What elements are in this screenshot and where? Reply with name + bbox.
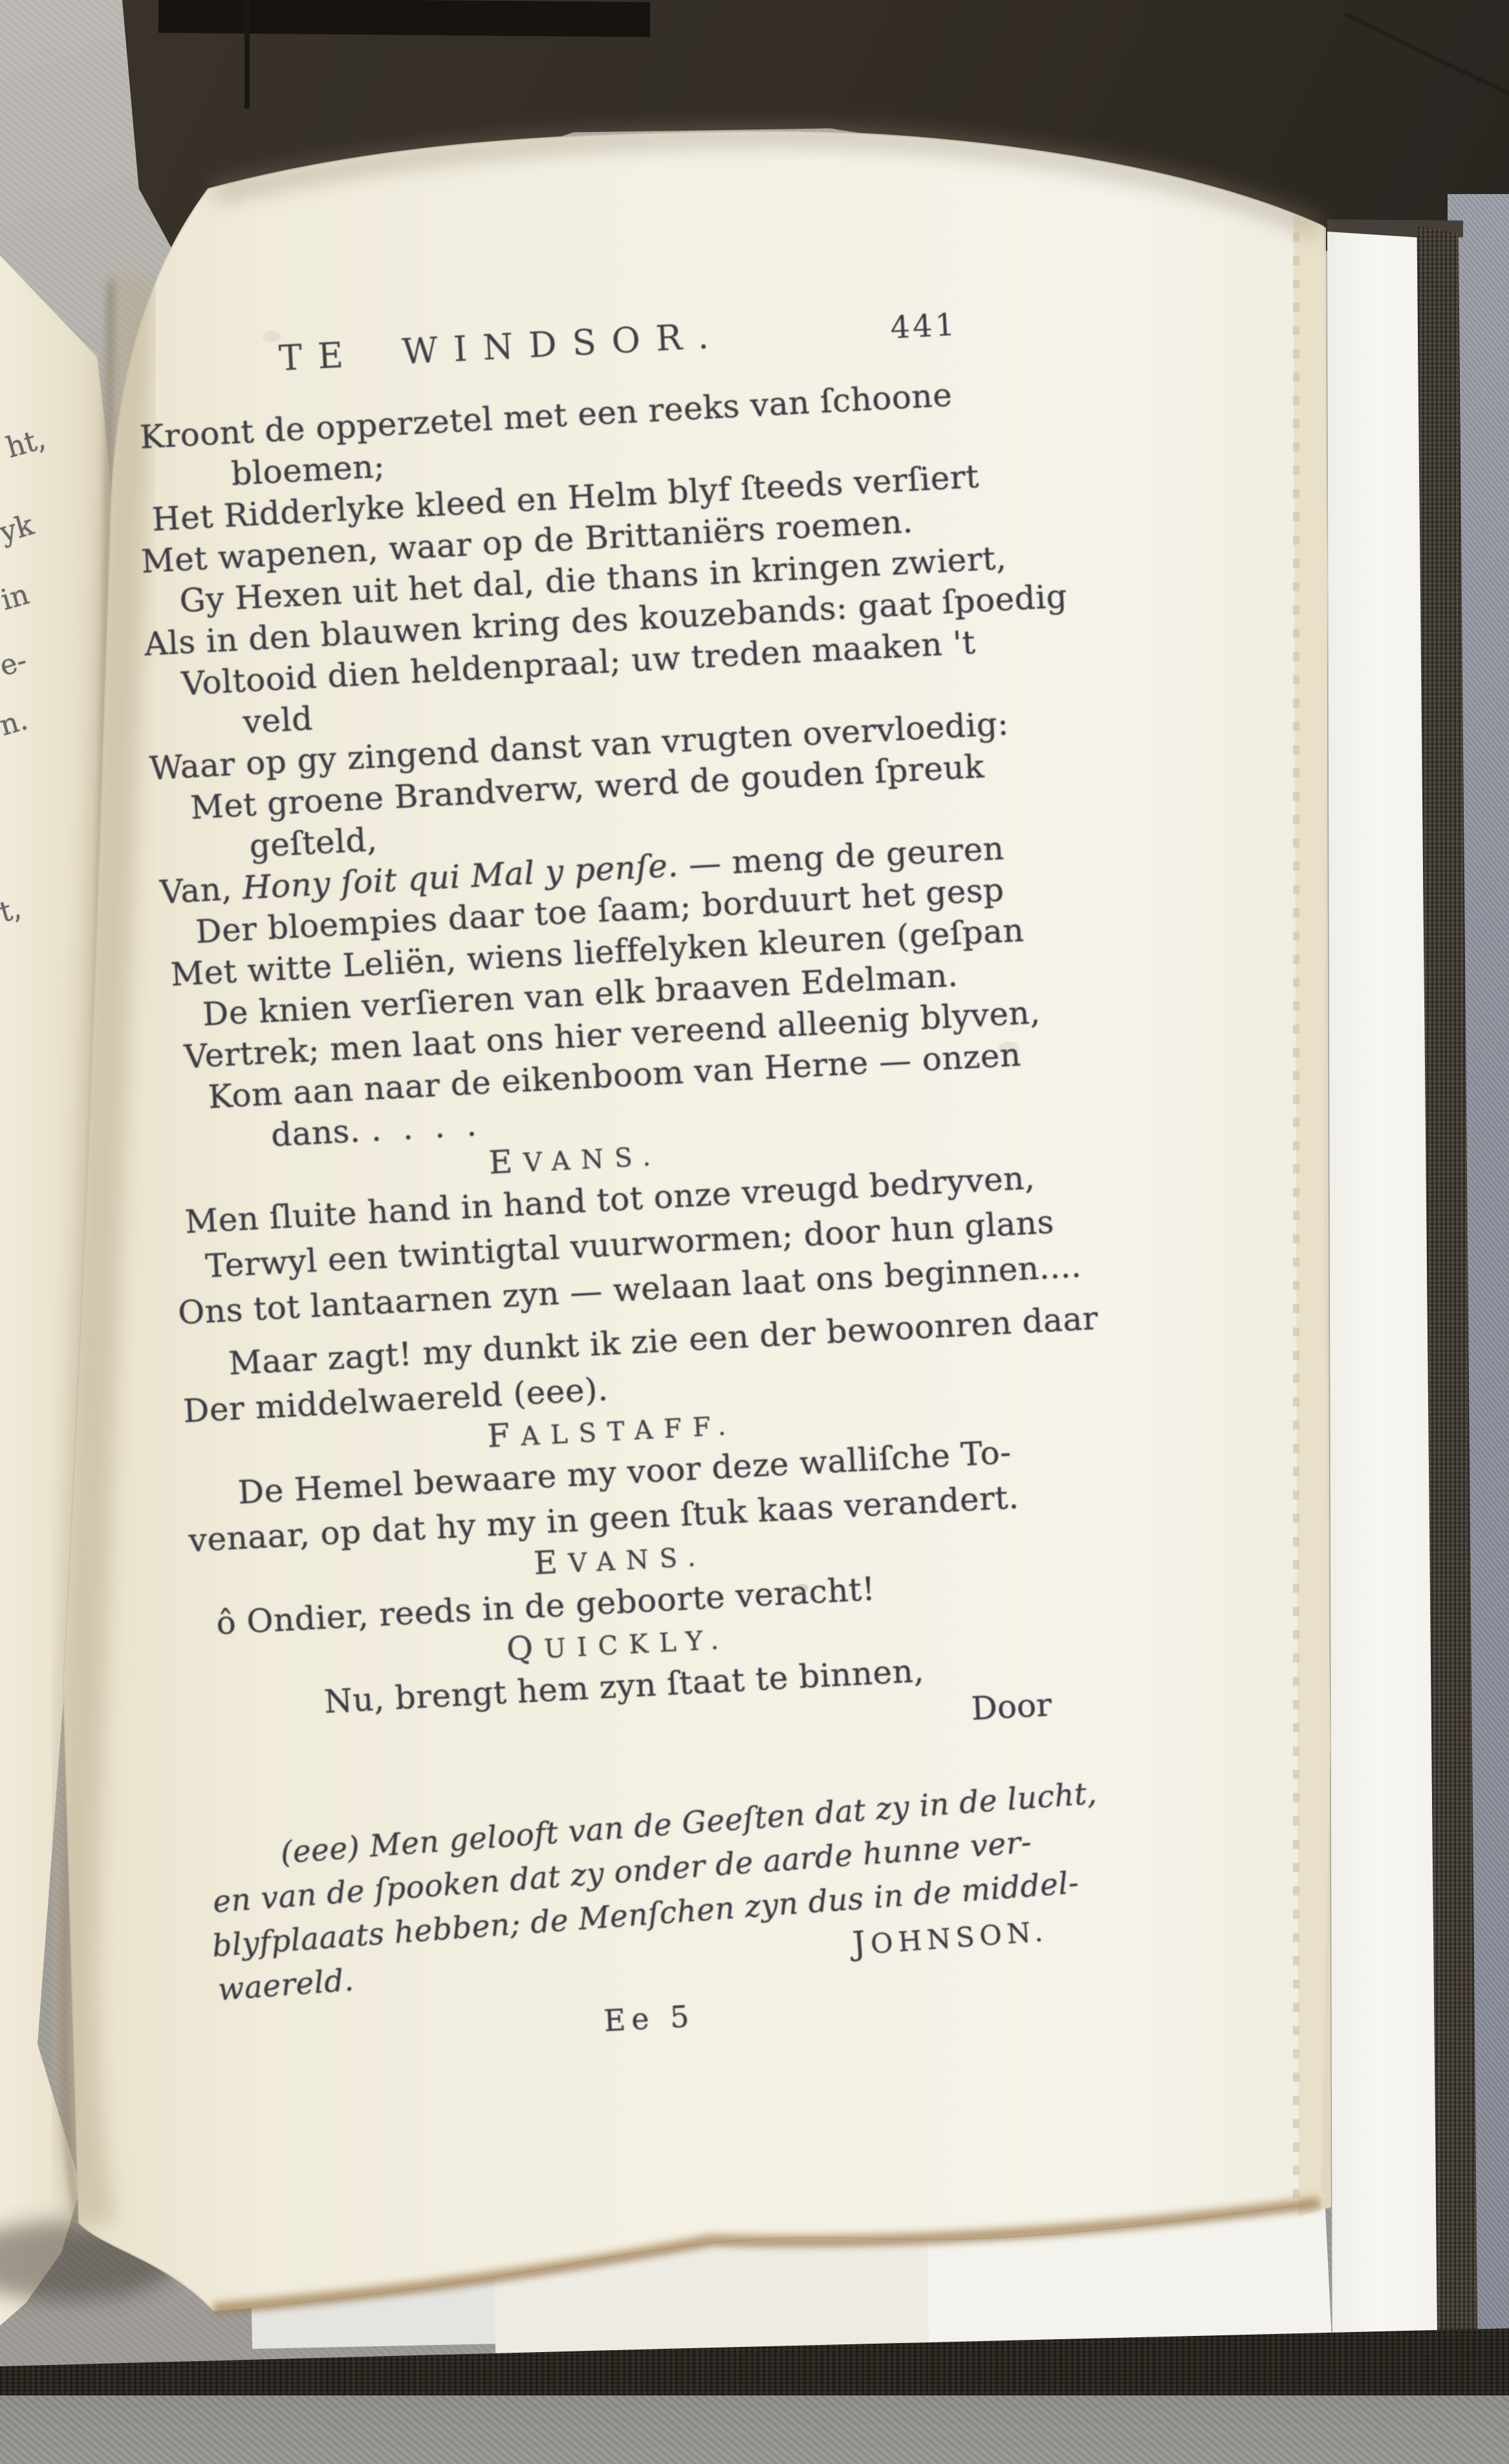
verse-text: Van, [159, 869, 244, 911]
page-text: TE WINDSOR. 441 Kroont de opperzetel met… [126, 298, 1124, 2058]
footnote: (eee) Men gelooft van de Geeſten dat zy … [204, 1771, 1124, 2014]
footnote-text: waereld. [217, 1959, 356, 2014]
page-number: 441 [889, 307, 958, 346]
book-photo: { "colors": { "paper": "#f2eee0", "ink":… [0, 0, 1509, 2464]
